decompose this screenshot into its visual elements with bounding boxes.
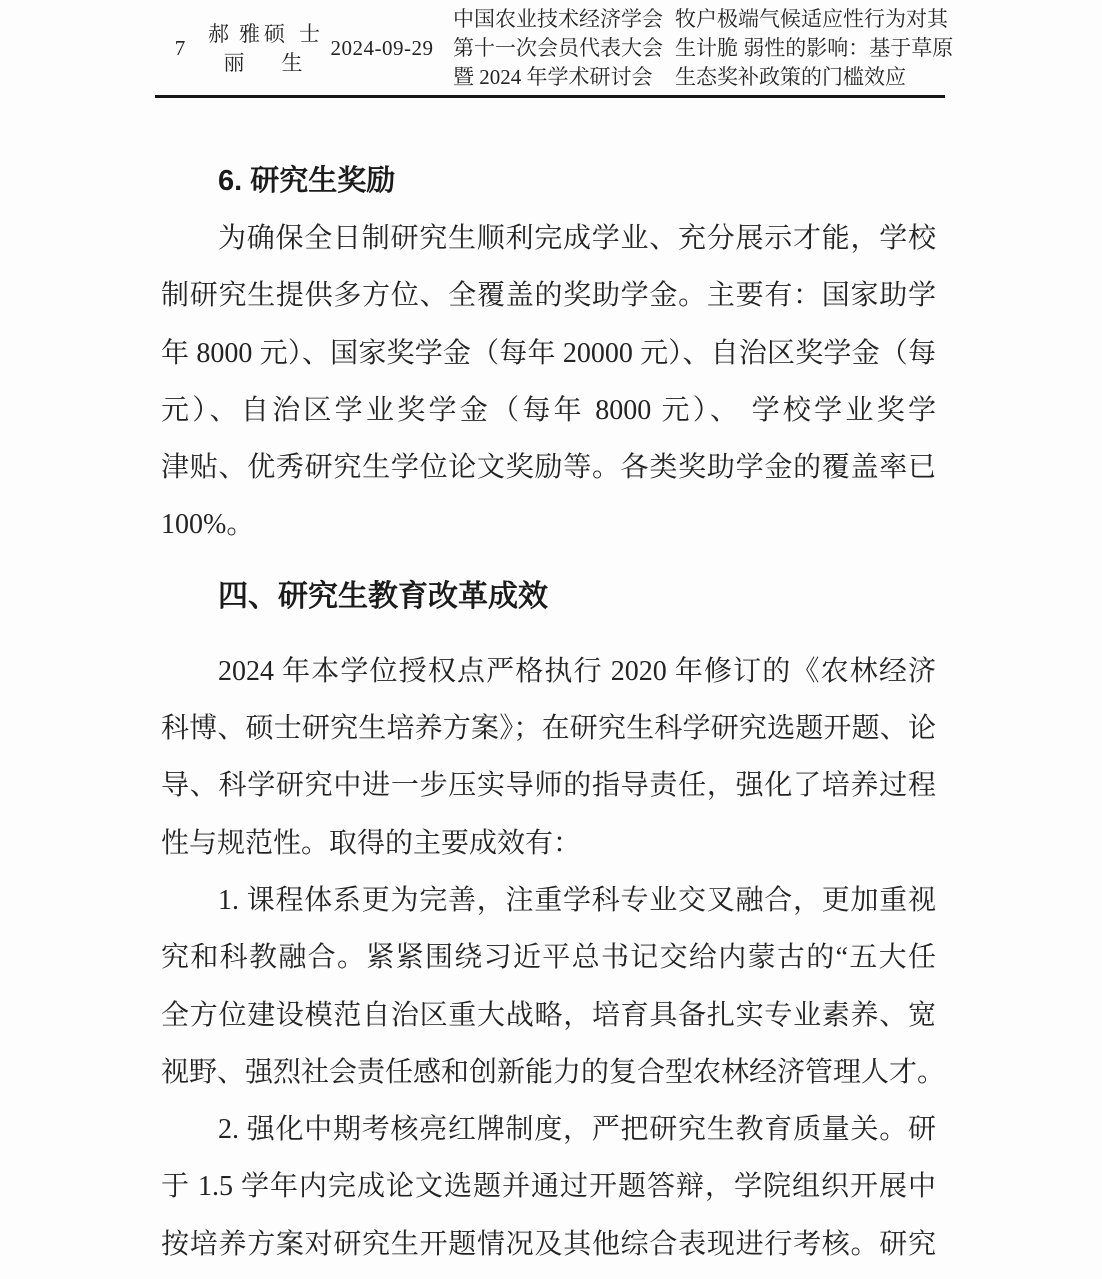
conference-name-line: 暨 2024 年学术研讨会 bbox=[453, 63, 665, 92]
paper-title-line: 牧户极端气候适应性行为对其 bbox=[675, 5, 947, 34]
body-line: 性与规范性。取得的主要成效有： bbox=[161, 815, 936, 872]
paper-title-line: 生计脆 弱性的影响：基于草原 bbox=[675, 34, 947, 63]
document-page: { "page": { "background": "#fdfdfd", "te… bbox=[0, 0, 1102, 1279]
paragraph-awards: 为确保全日制研究生顺利完成学业、充分展示才能，学校为全日 制研究生提供多方位、全… bbox=[161, 210, 936, 554]
table-cell-date: 2024-09-29 bbox=[321, 34, 443, 63]
body-line: 津贴、优秀研究生学位论文奖励等。各类奖助学金的覆盖率已接近 bbox=[161, 439, 936, 496]
body-line: 2. 强化中期考核亮红牌制度，严把研究生教育质量关。研究生应 bbox=[161, 1101, 936, 1158]
body-line: 视野、强烈社会责任感和创新能力的复合型农林经济管理人才。 bbox=[161, 1044, 936, 1101]
body-line: 究和科教融合。紧紧围绕习近平总书记交给内蒙古的“五大任务”和 bbox=[161, 929, 936, 986]
paragraph-point-2: 2. 强化中期考核亮红牌制度，严把研究生教育质量关。研究生应 于 1.5 学年内… bbox=[161, 1101, 936, 1273]
body-line: 导、科学研究中进一步压实导师的指导责任，强化了培养过程的科学 bbox=[161, 757, 936, 814]
body-line: 于 1.5 学年内完成论文选题并通过开题答辩，学院组织开展中期考核， bbox=[161, 1158, 936, 1215]
table-cell-seq: 7 bbox=[155, 34, 205, 63]
section-heading-awards: 6. 研究生奖励 bbox=[161, 153, 936, 210]
table-cell-name: 郝雅 丽 bbox=[205, 20, 263, 78]
table-cell-degree: 硕士 生 bbox=[263, 20, 321, 78]
body-line: 100%。 bbox=[161, 496, 936, 553]
paragraph-point-1: 1. 课程体系更为完善，注重学科专业交叉融合，更加重视调查研 究和科教融合。紧紧… bbox=[161, 872, 936, 1101]
table-cell-paper-title: 牧户极端气候适应性行为对其 生计脆 弱性的影响：基于草原 生态奖补政策的门槛效应 bbox=[675, 5, 947, 92]
conference-date: 2024-09-29 bbox=[331, 36, 434, 60]
table-cell-conference: 中国农业技术经济学会 第十一次会员代表大会 暨 2024 年学术研讨会 bbox=[453, 5, 665, 92]
body-line: 为确保全日制研究生顺利完成学业、充分展示才能，学校为全日 bbox=[161, 210, 936, 267]
body-line: 1. 课程体系更为完善，注重学科专业交叉融合，更加重视调查研 bbox=[161, 872, 936, 929]
body-line: 年 8000 元）、国家奖学金（每年 20000 元）、自治区奖学金（每年 10… bbox=[161, 325, 936, 382]
paper-title-line: 生态奖补政策的门槛效应 bbox=[675, 63, 947, 92]
seq-number: 7 bbox=[175, 36, 186, 60]
body-line: 全方位建设模范自治区重大战略，培育具备扎实专业素养、宽广国际 bbox=[161, 987, 936, 1044]
conference-name-line: 中国农业技术经济学会 bbox=[453, 5, 665, 34]
paragraph-reform-intro: 2024 年本学位授权点严格执行 2020 年修订的《农林经济管理学 科博、硕士… bbox=[161, 643, 936, 872]
body-line: 科博、硕士研究生培养方案》；在研究生科学研究选题开题、论文指 bbox=[161, 700, 936, 757]
body-line: 2024 年本学位授权点严格执行 2020 年修订的《农林经济管理学 bbox=[161, 643, 936, 700]
table-row: 7 郝雅 丽 硕士 生 2024-09-29 中国农业技术经济学会 第十一次会员… bbox=[155, 0, 945, 98]
conference-name-line: 第十一次会员代表大会 bbox=[453, 34, 665, 63]
body-line: 制研究生提供多方位、全覆盖的奖助学金。主要有：国家助学金（每 bbox=[161, 267, 936, 324]
body-line: 元）、自治区学业奖学金（每年 8000 元）、 学校学业奖学金、“三助” bbox=[161, 382, 936, 439]
section-heading-reform: 四、研究生教育改革成效 bbox=[161, 568, 936, 625]
document-body: 6. 研究生奖励 为确保全日制研究生顺利完成学业、充分展示才能，学校为全日 制研… bbox=[161, 153, 936, 1273]
body-line: 按培养方案对研究生开题情况及其他综合表现进行考核。研究生不能 bbox=[161, 1216, 936, 1273]
